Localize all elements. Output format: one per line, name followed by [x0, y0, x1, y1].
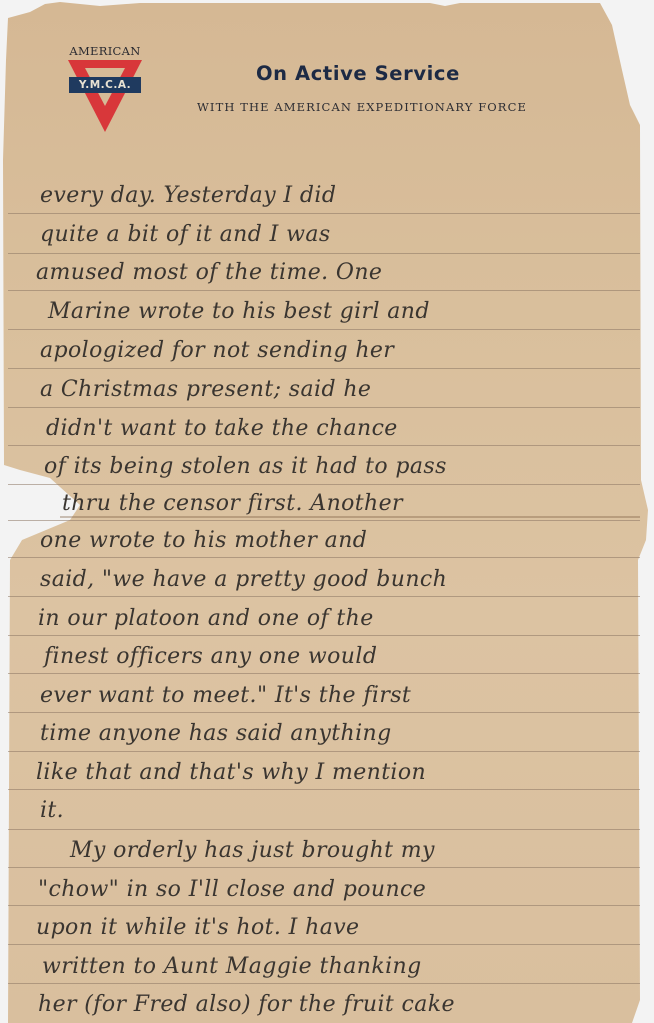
handwritten-line: ever want to meet." It's the first — [40, 683, 411, 708]
handwritten-line: her (for Fred also) for the fruit cake — [38, 992, 455, 1017]
handwritten-line: quite a bit of it and I was — [40, 222, 331, 247]
letterhead-subtitle: WITH THE AMERICAN EXPEDITIONARY FORCE — [197, 100, 527, 114]
ruled-line — [8, 329, 640, 330]
ruled-line — [8, 445, 640, 446]
handwritten-line: of its being stolen as it had to pass — [44, 454, 447, 479]
letterhead-title: On Active Service — [256, 62, 460, 85]
logo-ymca-bar: Y.M.C.A. — [69, 77, 141, 93]
ruled-line — [8, 789, 640, 790]
ruled-line — [8, 596, 640, 597]
handwritten-line: it. — [40, 798, 64, 823]
handwritten-line: every day. Yesterday I did — [40, 183, 336, 208]
ruled-line — [8, 983, 640, 984]
handwritten-line: one wrote to his mother and — [40, 528, 367, 553]
ruled-line — [8, 867, 640, 868]
ruled-line — [8, 635, 640, 636]
handwritten-line: finest officers any one would — [44, 644, 377, 669]
handwritten-line: didn't want to take the chance — [46, 416, 398, 441]
ruled-line — [8, 368, 640, 369]
ruled-line — [8, 712, 640, 713]
ruled-line — [8, 673, 640, 674]
handwritten-line: a Christmas present; said he — [40, 377, 371, 402]
handwritten-line: Marine wrote to his best girl and — [48, 299, 430, 324]
ruled-line — [8, 213, 640, 214]
handwritten-line: upon it while it's hot. I have — [36, 915, 359, 940]
handwritten-line: time anyone has said anything — [40, 721, 392, 746]
ruled-line — [8, 520, 640, 521]
handwritten-line: like that and that's why I mention — [36, 760, 426, 785]
ruled-line — [8, 944, 640, 945]
handwritten-line: My orderly has just brought my — [70, 838, 435, 863]
handwritten-line: amused most of the time. One — [36, 260, 382, 285]
ruled-line — [8, 905, 640, 906]
red-triangle-icon — [68, 60, 142, 132]
handwritten-line: thru the censor first. Another — [62, 491, 403, 516]
handwritten-line: apologized for not sending her — [40, 338, 394, 363]
ymca-logo: AMERICAN Y.M.C.A. — [62, 44, 148, 58]
ruled-line — [8, 484, 640, 485]
ruled-line — [8, 253, 640, 254]
paper-tear — [60, 516, 640, 518]
handwritten-line: in our platoon and one of the — [38, 606, 374, 631]
ruled-line — [8, 290, 640, 291]
handwritten-line: written to Aunt Maggie thanking — [42, 954, 422, 979]
ruled-line — [8, 829, 640, 830]
handwritten-line: said, "we have a pretty good bunch — [40, 567, 447, 592]
logo-american-text: AMERICAN — [62, 44, 148, 58]
ruled-line — [8, 557, 640, 558]
handwritten-line: "chow" in so I'll close and pounce — [38, 877, 426, 902]
ruled-line — [8, 751, 640, 752]
ruled-line — [8, 407, 640, 408]
